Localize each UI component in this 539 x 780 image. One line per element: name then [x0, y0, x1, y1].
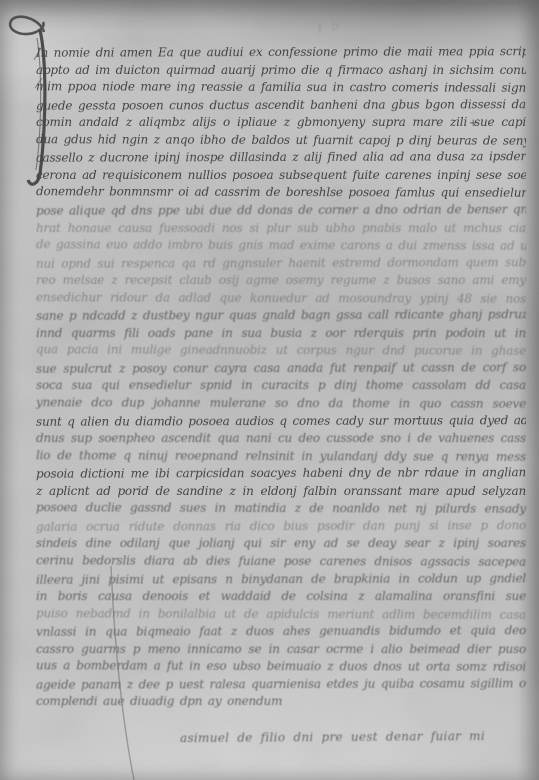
text-block: In nomie dni amen Ea que audiui ex confe… [0, 0, 539, 780]
initial-letter: I [2, 10, 66, 195]
manuscript-line: z aplicnt ad porid de sandine z in eldon… [36, 483, 526, 501]
manuscript-line: donemdehr bonmnsmr oi ad cassrim de bore… [36, 184, 526, 204]
interlinear-cross-mark: + [469, 118, 477, 129]
manuscript-line: uus a bomberdam a fut in eso ubso beimua… [36, 658, 526, 678]
manuscript-line: ageide panam z dee p uest ralesa quarnie… [36, 675, 526, 695]
manuscript-line: innd quarms fili oads pane in sua busia … [36, 325, 526, 343]
manuscript-line: soca sua qui ensedielur spnid in curacit… [36, 377, 526, 395]
manuscript-line: reo melsae z recepsit claub osij agme os… [36, 272, 526, 290]
manuscript-line: cassello z ducrone ipinj inospe dillasin… [36, 149, 526, 169]
manuscript-line: sane p ndcadd z dustbey ngur quas gnald … [36, 307, 526, 327]
manuscript-line: posoia dictioni me ibi carpicsidan soacy… [36, 464, 526, 484]
manuscript-line: mim ppoa niode mare ing reassie a famili… [36, 78, 526, 98]
manuscript-line: guede gessta posoen cunos ductus ascendi… [36, 96, 526, 116]
notarial-subscription-line: asimuel de filio dni pre uest denar fuia… [180, 728, 485, 747]
manuscript-line: cerona ad requisiconem nullios posoea su… [36, 167, 526, 185]
manuscript-line: puiso nebadmd in bonilalbia ut de apidul… [36, 605, 526, 625]
manuscript-line: galaria ocrua ridute donnas ria dico biu… [36, 517, 526, 537]
manuscript-line: cerinu bedorslis diara ab dies fuiane po… [36, 552, 526, 572]
manuscript-line: appto ad im duicton quirmad auarij primo… [36, 62, 526, 80]
manuscript-line: nui opnd sui respenca qa rd gngnsuler ha… [36, 254, 526, 274]
manuscript-line: illeera jini pisimi ut episans n binydan… [36, 570, 526, 590]
manuscript-line: ynenaie dco dup johanne mulerane so dno … [36, 394, 526, 414]
manuscript-line: sunt q alien du diamdio posoea audios q … [36, 412, 526, 432]
manuscript-line: cassro guarms p meno innicamo se in casa… [36, 641, 526, 659]
manuscript-line: in boris causa denoois et waddaid de col… [36, 588, 526, 606]
manuscript-line: posoea duclie gassnd sues in matindia z … [36, 500, 526, 520]
manuscript-line: In nomie dni amen Ea que audiui ex confe… [36, 43, 526, 63]
manuscript-line: dnus sup soenpheo ascendit qua nani cu d… [36, 430, 526, 448]
manuscript-line: vnlassi in qua biqmeaio faat z duos ahes… [36, 622, 526, 642]
manuscript-page: 1 b I In nomie dni amen Ea que audiui ex… [0, 0, 539, 780]
manuscript-line: qua pacia ini mulige gineadnnuobiz ut co… [36, 342, 526, 362]
manuscript-line: sindeis dine odilanj que jolianj qui sir… [36, 535, 526, 553]
manuscript-line: de gassina euo addo imbro buis gnis mad … [36, 236, 526, 256]
manuscript-line: sue spulcrut z posoy conur cayra casa an… [36, 359, 526, 379]
manuscript-line: hrat honaue causa fuessoadi nos si plur … [36, 220, 526, 238]
manuscript-line: comin andald z aliqmbz alijs o ipliaue z… [36, 114, 526, 132]
manuscript-line: complendi aue diuadig dpn ay onendum [36, 693, 282, 711]
manuscript-line: pose alique qd dns ppe ubi due dd donas … [36, 201, 526, 221]
